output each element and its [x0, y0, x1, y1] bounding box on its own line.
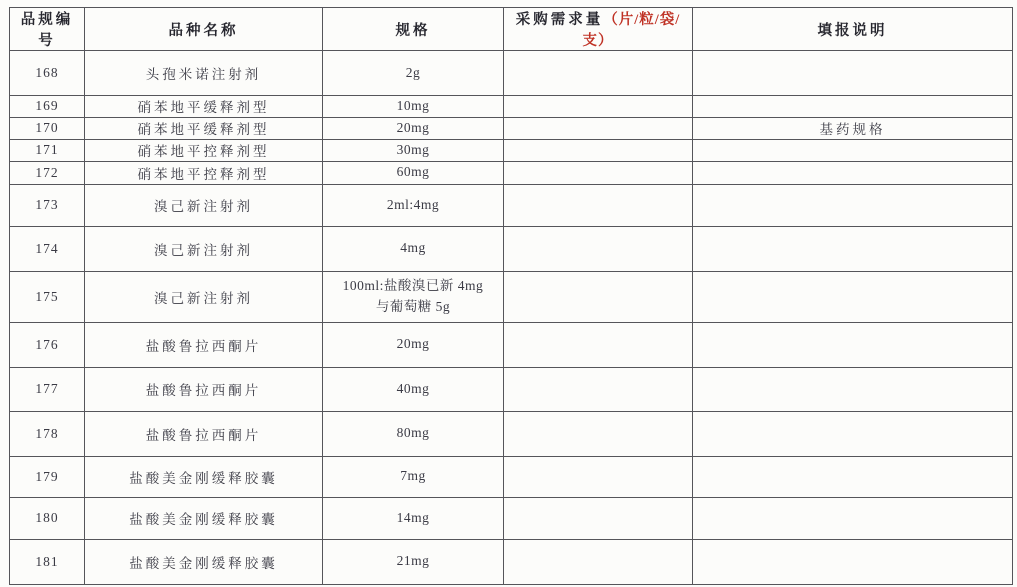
cell-note: 基药规格 — [693, 117, 1013, 139]
cell-product-name: 盐酸美金刚缓释胶囊 — [85, 497, 323, 539]
header-demand: 采购需求量（片/粒/袋/支） — [504, 8, 693, 51]
scanned-document-page: 品规编号 品种名称 规格 采购需求量（片/粒/袋/支） 填报说明 168 头孢米… — [0, 0, 1017, 587]
cell-item-code: 175 — [10, 271, 85, 322]
header-demand-label: 采购需求量 — [516, 12, 604, 28]
cell-note — [693, 411, 1013, 456]
table-header-row: 品规编号 品种名称 规格 采购需求量（片/粒/袋/支） 填报说明 — [10, 8, 1013, 51]
cell-spec: 60mg — [323, 161, 504, 184]
cell-product-name: 硝苯地平缓释剂型 — [85, 96, 323, 118]
header-spec: 规格 — [323, 8, 504, 51]
cell-note — [693, 51, 1013, 96]
header-note: 填报说明 — [693, 8, 1013, 51]
cell-note — [693, 271, 1013, 322]
cell-item-code: 179 — [10, 456, 85, 497]
cell-item-code: 171 — [10, 139, 85, 161]
cell-item-code: 180 — [10, 497, 85, 539]
cell-spec: 2ml:4mg — [323, 184, 504, 226]
cell-product-name: 硝苯地平控释剂型 — [85, 139, 323, 161]
cell-note — [693, 226, 1013, 271]
cell-note — [693, 497, 1013, 539]
table-row: 172 硝苯地平控释剂型 60mg — [10, 161, 1013, 184]
cell-product-name: 硝苯地平控释剂型 — [85, 161, 323, 184]
cell-spec: 40mg — [323, 367, 504, 411]
cell-spec: 21mg — [323, 539, 504, 584]
cell-product-name: 溴己新注射剂 — [85, 184, 323, 226]
table-row: 175 溴己新注射剂 100ml:盐酸溴已新 4mg 与葡萄糖 5g — [10, 271, 1013, 322]
cell-product-name: 盐酸鲁拉西酮片 — [85, 411, 323, 456]
cell-demand — [504, 51, 693, 96]
cell-spec: 30mg — [323, 139, 504, 161]
cell-product-name: 盐酸美金刚缓释胶囊 — [85, 456, 323, 497]
cell-demand — [504, 139, 693, 161]
header-item-code: 品规编号 — [10, 8, 85, 51]
table-row: 174 溴己新注射剂 4mg — [10, 226, 1013, 271]
cell-item-code: 178 — [10, 411, 85, 456]
cell-demand — [504, 117, 693, 139]
cell-spec: 20mg — [323, 322, 504, 367]
table-row: 168 头孢米诺注射剂 2g — [10, 51, 1013, 96]
cell-item-code: 168 — [10, 51, 85, 96]
cell-note — [693, 161, 1013, 184]
cell-demand — [504, 497, 693, 539]
cell-product-name: 头孢米诺注射剂 — [85, 51, 323, 96]
table-row: 178 盐酸鲁拉西酮片 80mg — [10, 411, 1013, 456]
cell-note — [693, 367, 1013, 411]
cell-demand — [504, 184, 693, 226]
cell-note — [693, 139, 1013, 161]
table-row: 173 溴己新注射剂 2ml:4mg — [10, 184, 1013, 226]
table-row: 170 硝苯地平缓释剂型 20mg 基药规格 — [10, 117, 1013, 139]
cell-product-name: 溴己新注射剂 — [85, 226, 323, 271]
cell-demand — [504, 161, 693, 184]
table-row: 169 硝苯地平缓释剂型 10mg — [10, 96, 1013, 118]
cell-demand — [504, 96, 693, 118]
cell-item-code: 174 — [10, 226, 85, 271]
cell-spec: 10mg — [323, 96, 504, 118]
cell-demand — [504, 456, 693, 497]
cell-product-name: 盐酸鲁拉西酮片 — [85, 367, 323, 411]
cell-item-code: 176 — [10, 322, 85, 367]
cell-note — [693, 456, 1013, 497]
cell-item-code: 177 — [10, 367, 85, 411]
cell-product-name: 硝苯地平缓释剂型 — [85, 117, 323, 139]
cell-spec: 2g — [323, 51, 504, 96]
procurement-table: 品规编号 品种名称 规格 采购需求量（片/粒/袋/支） 填报说明 168 头孢米… — [9, 7, 1013, 585]
cell-spec: 20mg — [323, 117, 504, 139]
cell-item-code: 169 — [10, 96, 85, 118]
cell-item-code: 173 — [10, 184, 85, 226]
cell-spec: 100ml:盐酸溴已新 4mg 与葡萄糖 5g — [323, 271, 504, 322]
cell-item-code: 170 — [10, 117, 85, 139]
cell-product-name: 盐酸鲁拉西酮片 — [85, 322, 323, 367]
cell-note — [693, 322, 1013, 367]
cell-demand — [504, 367, 693, 411]
table-row: 171 硝苯地平控释剂型 30mg — [10, 139, 1013, 161]
header-product-name: 品种名称 — [85, 8, 323, 51]
cell-note — [693, 96, 1013, 118]
table-row: 177 盐酸鲁拉西酮片 40mg — [10, 367, 1013, 411]
cell-demand — [504, 271, 693, 322]
cell-demand — [504, 322, 693, 367]
cell-demand — [504, 539, 693, 584]
cell-demand — [504, 411, 693, 456]
table-row: 180 盐酸美金刚缓释胶囊 14mg — [10, 497, 1013, 539]
cell-note — [693, 539, 1013, 584]
cell-item-code: 172 — [10, 161, 85, 184]
cell-spec: 7mg — [323, 456, 504, 497]
cell-product-name: 溴己新注射剂 — [85, 271, 323, 322]
cell-item-code: 181 — [10, 539, 85, 584]
cell-note — [693, 184, 1013, 226]
cell-spec: 14mg — [323, 497, 504, 539]
cell-spec: 4mg — [323, 226, 504, 271]
cell-product-name: 盐酸美金刚缓释胶囊 — [85, 539, 323, 584]
table-row: 179 盐酸美金刚缓释胶囊 7mg — [10, 456, 1013, 497]
cell-demand — [504, 226, 693, 271]
table-row: 176 盐酸鲁拉西酮片 20mg — [10, 322, 1013, 367]
cell-spec: 80mg — [323, 411, 504, 456]
table-row: 181 盐酸美金刚缓释胶囊 21mg — [10, 539, 1013, 584]
